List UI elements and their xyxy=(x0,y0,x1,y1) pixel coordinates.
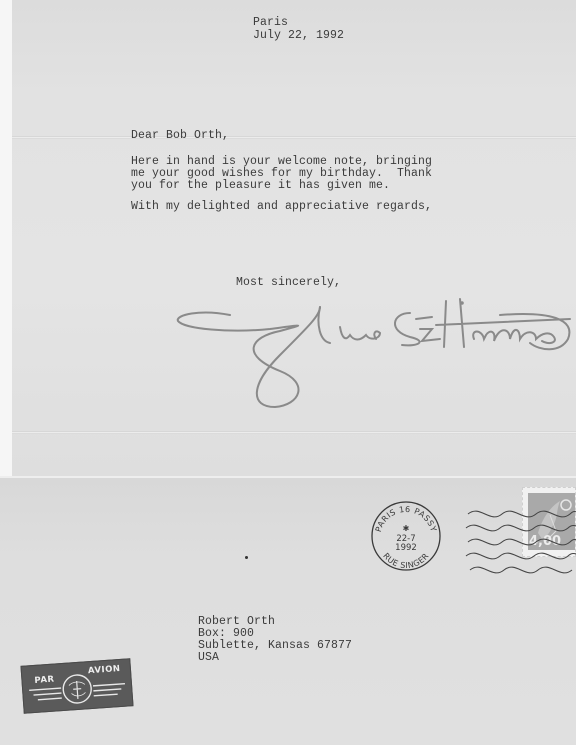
letter-closing-line: With my delighted and appreciative regar… xyxy=(131,201,432,214)
postmark: PARIS 16 PASSY RUE SINGER ✱ 22-7 1992 xyxy=(368,498,444,574)
svg-text:RUE SINGER: RUE SINGER xyxy=(381,551,431,570)
postmark-year: 1992 xyxy=(395,543,417,553)
recipient-country: USA xyxy=(198,652,219,665)
par-avion-label: PAR AVION xyxy=(20,658,133,714)
label-text-par: PAR xyxy=(34,675,55,686)
signature xyxy=(170,295,576,415)
letter-valediction: Most sincerely, xyxy=(236,277,341,290)
letter-body-line: you for the pleasure it has given me. xyxy=(131,180,390,193)
postmark-star-icon: ✱ xyxy=(403,524,410,533)
letter-date: July 22, 1992 xyxy=(253,30,344,43)
letter-fold-line xyxy=(12,431,576,434)
ink-dot xyxy=(245,556,248,559)
letter-fold-line xyxy=(12,136,576,139)
postmark-bottom-text: RUE SINGER xyxy=(381,551,431,570)
recipient-address-line2: Sublette, Kansas 67877 xyxy=(198,640,352,653)
letter-salutation: Dear Bob Orth, xyxy=(131,130,229,143)
letter-place: Paris xyxy=(253,17,288,30)
cancellation-waves xyxy=(462,500,576,580)
